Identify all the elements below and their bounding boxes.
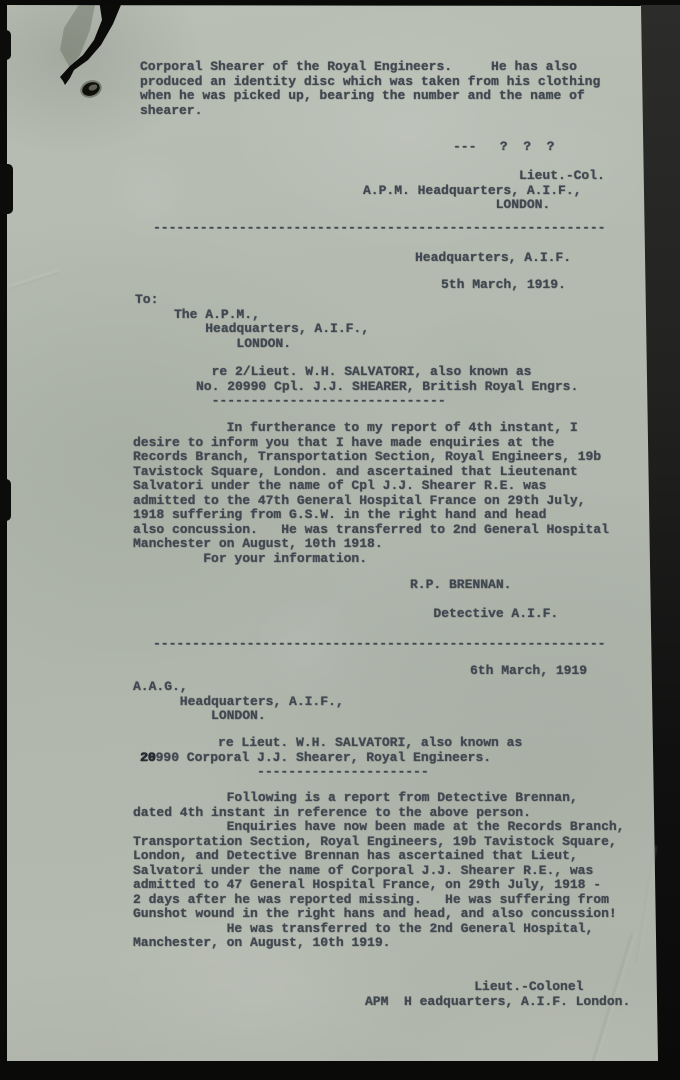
separator-line-2: ----------------------------------------… [153, 637, 605, 652]
subject-block-2: re Lieut. W.H. SALVATORI, also known as … [140, 736, 522, 780]
torn-corner-graphic [0, 0, 160, 140]
letterhead-hq-aif: Headquarters, A.I.F. [415, 251, 571, 266]
signoff-lieut-colonel: Lieut.-Colonel APM H eadquarters, A.I.F.… [365, 980, 630, 1009]
address-block-1: To: The A.P.M., Headquarters, A.I.F., LO… [135, 293, 369, 351]
scan-edge-bottom [0, 1061, 680, 1080]
scan-edge-mark-2 [0, 164, 13, 214]
body-paragraph-2: Following is a report from Detective Bre… [133, 791, 624, 951]
signoff-apm-london: Lieut.-Col. A.P.M. Headquarters, A.I.F.,… [363, 169, 605, 213]
query-marks: --- ? ? ? [453, 140, 554, 155]
scan-edge-top [0, 0, 680, 5]
separator-line-1: ----------------------------------------… [153, 221, 605, 236]
date-line-2: 6th March, 1919 [470, 664, 587, 679]
subject-block-1: re 2/Lieut. W.H. SALVATORI, also known a… [196, 365, 578, 409]
signature-brennan: R.P. BRENNAN. Detective A.I.F. [410, 578, 558, 622]
scan-edge-left [0, 0, 7, 1080]
address-block-2: A.A.G., Headquarters, A.I.F., LONDON. [133, 680, 344, 724]
overstruck-digits: 20 [140, 751, 156, 766]
body-paragraph-1: In furtherance to my report of 4th insta… [133, 421, 609, 566]
date-line-1: 5th March, 1919. [441, 278, 566, 293]
tear-fold-shadow [60, 0, 96, 68]
scanned-document-page: Corporal Shearer of the Royal Engineers.… [0, 0, 680, 1080]
scan-edge-mark-3 [0, 479, 11, 521]
scan-edge-mark-1 [0, 30, 11, 60]
paragraph-intro: Corporal Shearer of the Royal Engineers.… [140, 60, 600, 118]
